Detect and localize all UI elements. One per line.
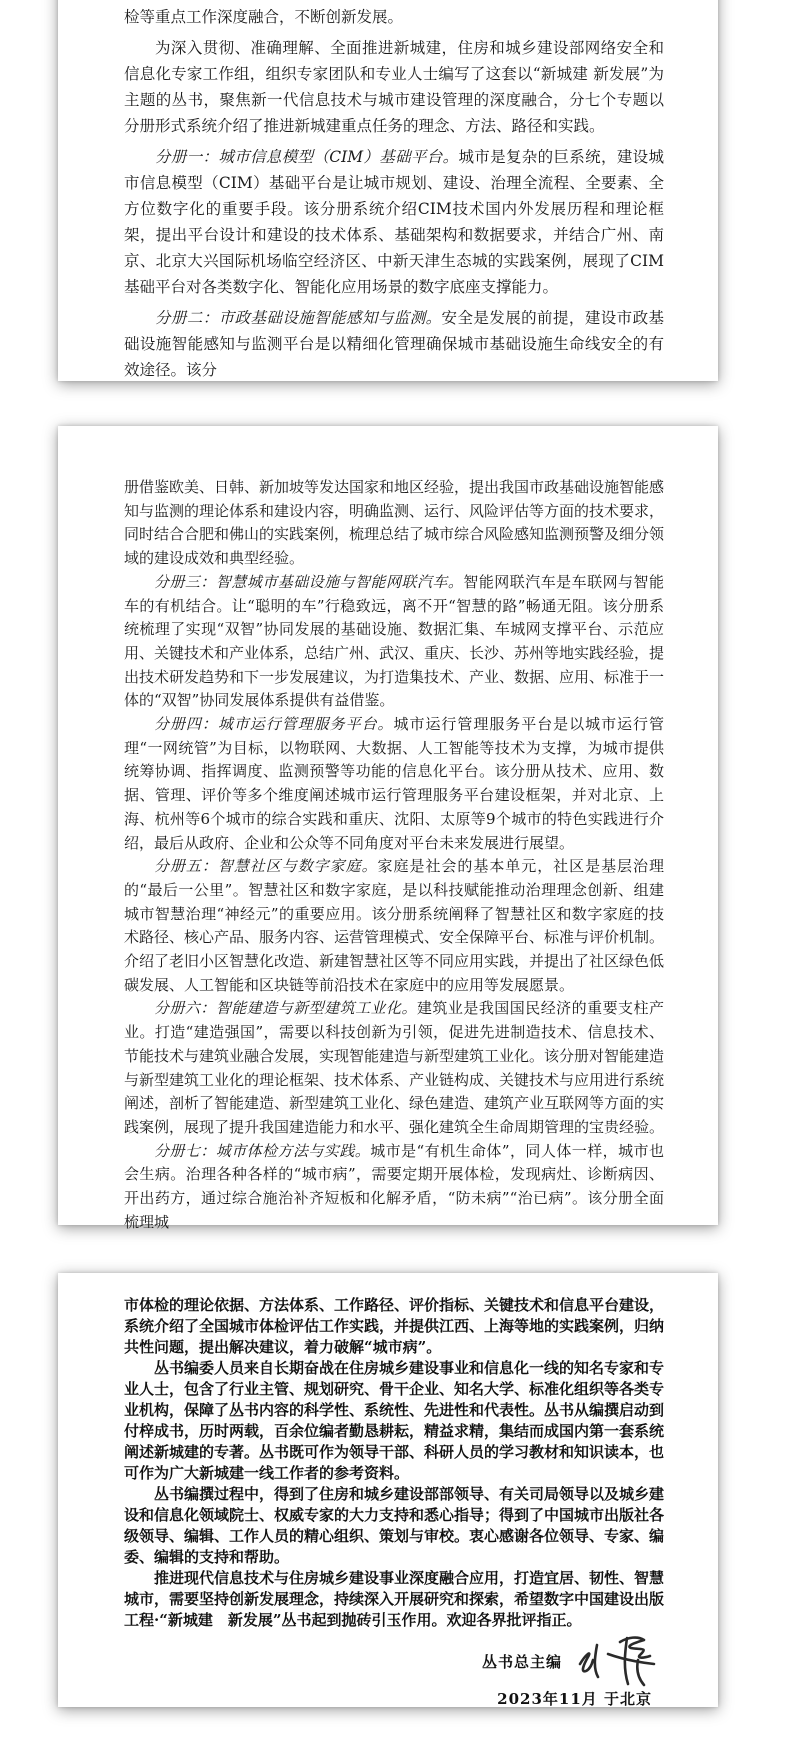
chief-editor-label: 丛书总主编 xyxy=(482,1652,562,1673)
paragraph-text: 丛书编委人员来自长期奋战在住房城乡建设事业和信息化一线的知名专家和专业人士，包含… xyxy=(124,1359,664,1482)
paragraph-text: 推进现代信息技术与住房城乡建设事业深度融合应用，打造宜居、韧性、智慧城市，需要坚… xyxy=(124,1569,664,1629)
paragraph-text: 城市运行管理服务平台是以城市运行管理“一网统管”为目标，以物联网、大数据、人工智… xyxy=(124,715,664,852)
signoff-date: 2023年11月 于北京 xyxy=(124,1689,664,1710)
paragraph: 分册四：城市运行管理服务平台。城市运行管理服务平台是以城市运行管理“一网统管”为… xyxy=(124,713,664,855)
paragraph: 分册六：智能建造与新型建筑工业化。建筑业是我国国民经济的重要支柱产业。打造“建造… xyxy=(124,997,664,1139)
paragraph: 为深入贯彻、准确理解、全面推进新城建，住房和城乡建设部网络安全和信息化专家工作组… xyxy=(124,35,664,139)
booklet-title-lead: 分册四：城市运行管理服务平台。 xyxy=(154,715,394,733)
paragraph: 册借鉴欧美、日韩、新加坡等发达国家和地区经验，提出我国市政基础设施智能感知与监测… xyxy=(124,476,664,571)
paragraph: 检等重点工作深度融合，不断创新发展。 xyxy=(124,4,664,30)
handwritten-signature-icon xyxy=(570,1630,662,1688)
paragraph-text: 为深入贯彻、准确理解、全面推进新城建，住房和城乡建设部网络安全和信息化专家工作组… xyxy=(124,39,664,135)
paragraph-text: 智能网联汽车是车联网与智能车的有机结合。让“聪明的车”行稳致远，离不开“智慧的路… xyxy=(124,573,664,710)
booklet-title-lead: 分册三：智慧城市基础设施与智能网联汽车。 xyxy=(154,573,463,591)
paragraph-text: 城市是复杂的巨系统，建设城市信息模型（CIM）基础平台是让城市规划、建设、治理全… xyxy=(124,148,664,296)
booklet-title-lead: 分册二：市政基础设施智能感知与监测。 xyxy=(155,309,442,327)
paragraph: 推进现代信息技术与住房城乡建设事业深度融合应用，打造宜居、韧性、智慧城市，需要坚… xyxy=(124,1568,664,1631)
booklet-title-lead: 分册一：城市信息模型（CIM）基础平台。 xyxy=(155,148,458,166)
paragraph: 丛书编委人员来自长期奋战在住房城乡建设事业和信息化一线的知名专家和专业人士，包含… xyxy=(124,1358,664,1484)
paragraph: 分册五：智慧社区与数字家庭。家庭是社会的基本单元，社区是基层治理的“最后一公里”… xyxy=(124,855,664,997)
paragraph: 丛书编撰过程中，得到了住房和城乡建设部部领导、有关司局领导以及城乡建设和信息化领… xyxy=(124,1484,664,1568)
paragraph-text: 建筑业是我国国民经济的重要支柱产业。打造“建造强国”，需要以科技创新为引领，促进… xyxy=(124,999,664,1136)
paragraph: 分册三：智慧城市基础设施与智能网联汽车。智能网联汽车是车联网与智能车的有机结合。… xyxy=(124,571,664,713)
chief-editor-line: 丛书总主编 xyxy=(124,1639,664,1685)
booklet-title-lead: 分册六：智能建造与新型建筑工业化。 xyxy=(154,999,417,1017)
document-page-3: 市体检的理论依据、方法体系、工作路径、评价指标、关键技术和信息平台建设，系统介绍… xyxy=(58,1273,718,1707)
document-page-2: 册借鉴欧美、日韩、新加坡等发达国家和地区经验，提出我国市政基础设施智能感知与监测… xyxy=(58,426,718,1225)
paragraph: 分册一：城市信息模型（CIM）基础平台。城市是复杂的巨系统，建设城市信息模型（C… xyxy=(124,144,664,300)
paragraph-text: 册借鉴欧美、日韩、新加坡等发达国家和地区经验，提出我国市政基础设施智能感知与监测… xyxy=(124,478,664,567)
paragraph-text: 市体检的理论依据、方法体系、工作路径、评价指标、关键技术和信息平台建设，系统介绍… xyxy=(124,1296,664,1356)
paragraph-text: 家庭是社会的基本单元，社区是基层治理的“最后一公里”。智慧社区和数字家庭，是以科… xyxy=(124,857,664,994)
signoff-block: 丛书总主编 2023年11月 于北京 xyxy=(124,1639,664,1710)
paragraph-text: 检等重点工作深度融合，不断创新发展。 xyxy=(124,8,403,26)
paragraph: 市体检的理论依据、方法体系、工作路径、评价指标、关键技术和信息平台建设，系统介绍… xyxy=(124,1295,664,1358)
booklet-title-lead: 分册七：城市体检方法与实践。 xyxy=(154,1142,370,1160)
booklet-title-lead: 分册五：智慧社区与数字家庭。 xyxy=(154,857,378,875)
paragraph: 分册二：市政基础设施智能感知与监测。安全是发展的前提，建设市政基础设施智能感知与… xyxy=(124,305,664,383)
document-page-1: 检等重点工作深度融合，不断创新发展。 为深入贯彻、准确理解、全面推进新城建，住房… xyxy=(58,0,718,381)
paragraph-text: 丛书编撰过程中，得到了住房和城乡建设部部领导、有关司局领导以及城乡建设和信息化领… xyxy=(124,1485,664,1566)
paragraph: 分册七：城市体检方法与实践。城市是“有机生命体”，同人体一样，城市也会生病。治理… xyxy=(124,1140,664,1235)
